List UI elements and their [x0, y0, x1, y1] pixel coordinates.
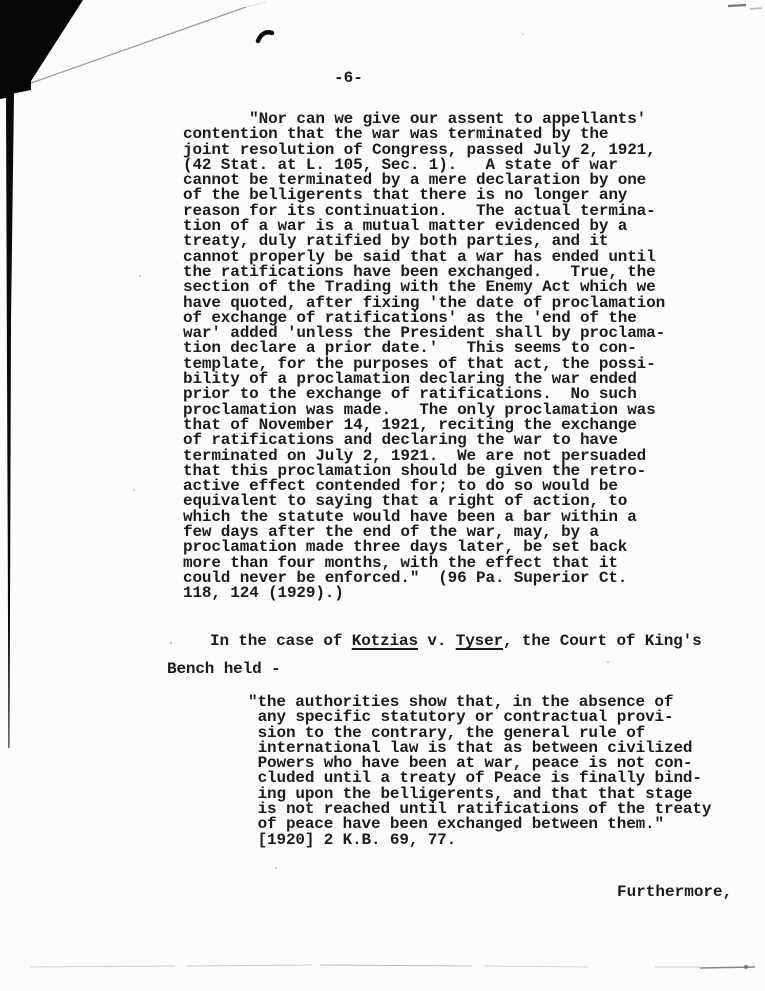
underlined-case-name: Kotzias: [352, 632, 418, 650]
scan-page-edge-line-faint: [246, 2, 266, 7]
block-quote-pennsylvania-opinion: "Nor can we give our assent to appellant…: [183, 112, 665, 602]
scan-corner-mark: [0, 0, 83, 99]
case-citation-continuation: Bench held -: [167, 662, 280, 677]
scan-page-edge-line: [31, 7, 246, 83]
text-segment: v.: [418, 632, 456, 650]
text-line: 118, 124 (1929).): [183, 586, 665, 601]
page-number: -6-: [334, 69, 363, 87]
scan-dash-mark: [728, 5, 746, 6]
scan-left-edge-strip: [6, 93, 14, 748]
scan-blob-mark: [744, 965, 748, 969]
scan-bottom-line: [30, 965, 755, 968]
transition-word: Furthermore,: [617, 883, 732, 901]
text-line: [1920] 2 K.B. 69, 77.: [248, 833, 711, 848]
case-citation-line: In the case of Kotzias v. Tyser, the Cou…: [210, 634, 702, 649]
text-segment: , the Court of King's: [503, 632, 701, 650]
text-segment: In the case of: [210, 632, 352, 650]
scan-dash-mark: [750, 8, 762, 9]
handwritten-tick-mark: [258, 32, 272, 41]
underlined-case-name: Tyser: [456, 632, 503, 650]
scanned-document-page: -6- "Nor can we give our assent to appel…: [0, 0, 765, 991]
block-quote-kings-bench: "the authorities show that, in the absen…: [248, 695, 711, 848]
